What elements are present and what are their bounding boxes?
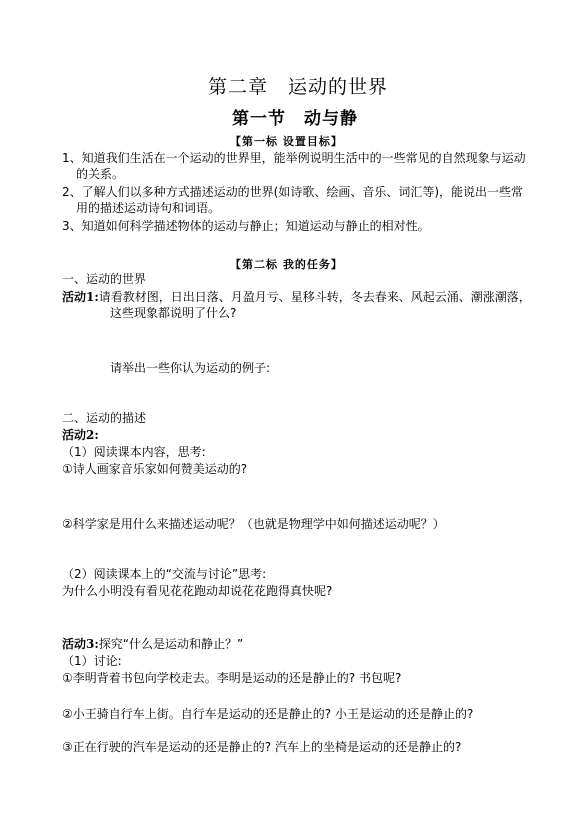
section-heading-motion-world: 一、运动的世界 — [62, 271, 146, 287]
activity2-q2-intro: （2）阅读课本上的“交流与讨论”思考: — [62, 566, 266, 582]
goal-item: 1、知道我们生活在一个运动的世界里，能举例说明生活中的一些常见的自然现象与运动 — [62, 150, 526, 166]
activity2-label: 活动2: — [62, 427, 99, 443]
activity2-q2: 为什么小明没有看见花花跑动却说花花跑得真快呢? — [62, 583, 332, 599]
goal-item: 2、了解人们以多种方式描述运动的世界(如诗歌、绘画、音乐、词汇等)，能说出一些常 — [62, 184, 523, 200]
part2-header: 【第二标 我的任务】 — [230, 256, 343, 272]
goal-continuation: 的关系。 — [76, 166, 124, 182]
activity3-q1: ①李明背着书包向学校走去。李明是运动的还是静止的? 书包呢? — [62, 670, 401, 686]
activity3-title: 探究“什么是运动和静止？” — [99, 637, 243, 651]
activity3-line: 活动3:探究“什么是运动和静止？” — [62, 636, 243, 652]
activity2-q1-intro: （1）阅读课本内容，思考: — [62, 444, 206, 460]
section-heading-motion-description: 二、运动的描述 — [62, 410, 146, 426]
activity1-label: 活动1: — [62, 290, 99, 304]
activity3-intro: （1）讨论: — [62, 653, 122, 669]
part1-header: 【第一标 设置目标】 — [230, 133, 343, 149]
goal-item: 3、知道如何科学描述物体的运动与静止；知道运动与静止的相对性。 — [62, 218, 430, 234]
activity1-question: 这些现象都说明了什么? — [110, 305, 236, 321]
activity2-q1a: ①诗人画家音乐家如何赞美运动的? — [62, 461, 247, 477]
activity3-label: 活动3: — [62, 637, 99, 651]
activity1-text: 请看教材图，日出日落、月盈月亏、星移斗转，冬去春来、风起云涌、潮涨潮落， — [99, 290, 531, 304]
chapter-title: 第二章 运动的世界 — [208, 72, 388, 99]
activity2-q1b: ②科学家是用什么来描述运动呢？（也就是物理学中如何描述运动呢？） — [62, 516, 445, 532]
goal-number: 3、 — [62, 219, 82, 233]
activity1-line: 活动1:请看教材图，日出日落、月盈月亏、星移斗转，冬去春来、风起云涌、潮涨潮落， — [62, 289, 531, 305]
activity3-q3: ③正在行驶的汽车是运动的还是静止的? 汽车上的坐椅是运动的还是静止的? — [62, 739, 461, 755]
activity3-q2: ②小王骑自行车上街。自行车是运动的还是静止的? 小王是运动的还是静止的? — [62, 706, 473, 722]
section-title: 第一节 动与静 — [232, 104, 358, 129]
goal-text: 知道我们生活在一个运动的世界里，能举例说明生活中的一些常见的自然现象与运动 — [82, 151, 526, 165]
goal-number: 1、 — [62, 151, 82, 165]
activity1-prompt: 请举出一些你认为运动的例子: — [110, 360, 270, 376]
goal-number: 2、 — [62, 185, 82, 199]
goal-text: 知道如何科学描述物体的运动与静止；知道运动与静止的相对性。 — [82, 219, 430, 233]
goal-text: 了解人们以多种方式描述运动的世界(如诗歌、绘画、音乐、词汇等)，能说出一些常 — [82, 185, 523, 199]
goal-continuation: 用的描述运动诗句和词语。 — [76, 200, 220, 216]
